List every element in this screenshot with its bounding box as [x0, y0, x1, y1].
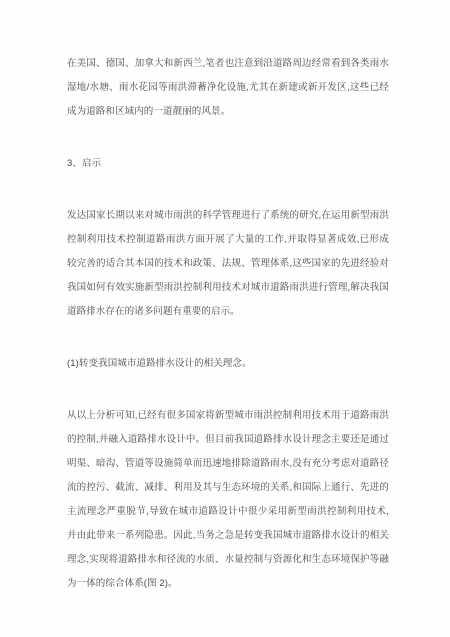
- paragraph-developed-countries-research: 发达国家长期以来对城市雨洪的科学管理进行了系统的研究,在运用新型雨洪控制利用技术…: [67, 204, 389, 324]
- subsection-heading-change-design-concept: (1)转变我国城市道路排水设计的相关理念。: [67, 352, 389, 376]
- paragraph-international-examples: 在美国、德国、加拿大和新西兰,笔者也注意到沿道路周边经常看到各类雨水湿地/水塘、…: [67, 52, 389, 124]
- article-page: 在美国、德国、加拿大和新西兰,笔者也注意到沿道路周边经常看到各类雨水湿地/水塘、…: [0, 0, 450, 637]
- paragraph-analysis-conclusion: 从以上分析可知,已经有很多国家将新型城市雨洪控制利用技术用于道路雨洪的控制,并融…: [67, 404, 389, 596]
- section-heading-inspiration: 3、启示: [67, 152, 389, 176]
